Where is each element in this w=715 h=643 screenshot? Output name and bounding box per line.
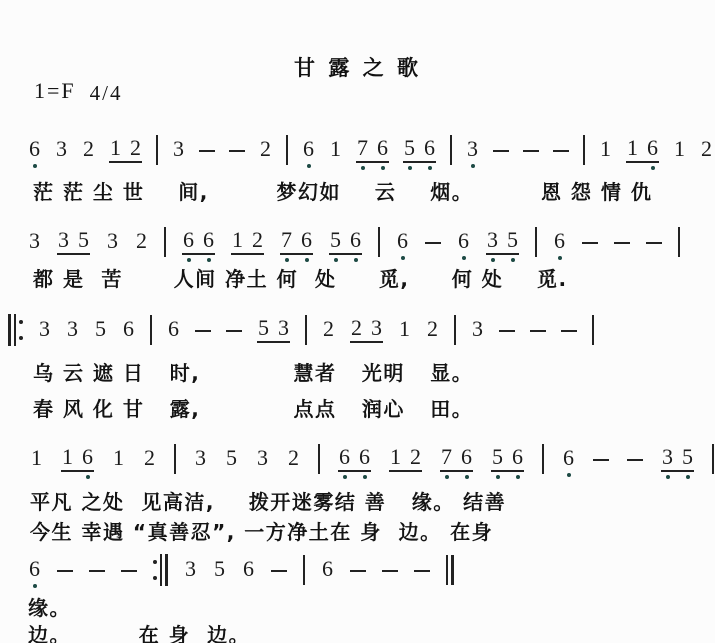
note-digit: 5: [404, 137, 415, 159]
note-digit: 7: [281, 229, 292, 251]
notes-row-2: 335326612765666356: [28, 227, 680, 257]
note-digit: 2: [136, 230, 147, 252]
note-digit: 6: [29, 138, 40, 160]
barline: [678, 227, 680, 257]
note-digit: 1: [31, 447, 42, 469]
note: 6: [122, 318, 135, 342]
note-digit: 5: [226, 447, 237, 469]
note-digit: 5: [95, 318, 106, 340]
duration-dash: [121, 570, 137, 572]
note-digit: 2: [410, 446, 421, 468]
lyric-row-verse1: 缘。: [28, 592, 71, 621]
note: 66: [182, 229, 215, 255]
note-digit: 3: [257, 447, 268, 469]
note: 2: [135, 230, 148, 254]
note: 6: [242, 558, 255, 582]
octave-dot: [511, 258, 515, 262]
barline: [583, 135, 585, 165]
note-digit: 3: [173, 138, 184, 160]
octave-dot: [381, 166, 385, 170]
note-digit: 5: [330, 229, 341, 251]
barline: [156, 135, 158, 165]
note-digit: 5: [258, 317, 269, 339]
note: 56: [403, 137, 436, 163]
note-digit: 1: [390, 446, 401, 468]
notes-row-3: 3356653223123: [8, 314, 594, 346]
note-digit: 2: [260, 138, 271, 160]
octave-dot: [343, 475, 347, 479]
duration-dash: [57, 570, 73, 572]
note-digit: 3: [195, 447, 206, 469]
note-digit: 2: [83, 138, 94, 160]
final-barline: [446, 555, 454, 585]
note: 6: [457, 230, 470, 254]
note-digit: 3: [662, 446, 673, 468]
octave-dot: [471, 164, 475, 168]
octave-dot: [666, 475, 670, 479]
note: 35: [486, 229, 519, 255]
note: 6: [302, 138, 315, 162]
barline: [164, 227, 166, 257]
final-bar-thin: [446, 555, 448, 585]
note: 1: [398, 318, 411, 342]
note-digit: 6: [82, 446, 93, 468]
note: 1: [599, 138, 612, 162]
octave-dot: [408, 166, 412, 170]
note: 2: [700, 138, 713, 162]
repeat-start-sign: [8, 314, 23, 346]
note: 5: [213, 558, 226, 582]
barline: [712, 444, 714, 474]
repeat-barline: [8, 314, 11, 346]
note: 76: [440, 446, 473, 472]
note: 3: [194, 447, 207, 471]
note: 3: [172, 138, 185, 162]
octave-dot: [496, 475, 500, 479]
final-bar-thick: [451, 555, 454, 585]
duration-dash: [229, 150, 245, 152]
note-digit: 3: [39, 318, 50, 340]
note: 35: [57, 229, 90, 255]
note: 6: [28, 558, 41, 582]
duration-dash: [593, 459, 609, 461]
note-digit: 2: [130, 137, 141, 159]
note-digit: 1: [627, 137, 638, 159]
note: 76: [280, 229, 313, 255]
note: 3: [28, 230, 41, 254]
note-digit: 2: [323, 318, 334, 340]
note-digit: 2: [144, 447, 155, 469]
note: 3: [55, 138, 68, 162]
note-digit: 6: [243, 558, 254, 580]
note: 76: [356, 137, 389, 163]
note-digit: 1: [110, 137, 121, 159]
note-digit: 1: [399, 318, 410, 340]
note-digit: 6: [29, 558, 40, 580]
note: 2: [143, 447, 156, 471]
note-digit: 6: [322, 558, 333, 580]
barline: [318, 444, 320, 474]
repeat-dot: [19, 320, 23, 324]
note-digit: 6: [203, 229, 214, 251]
barline: [542, 444, 544, 474]
note-digit: 6: [563, 447, 574, 469]
note: 1: [30, 447, 43, 471]
notes-row-1: 6321232617656311612: [28, 135, 715, 165]
repeat-end-sign: [153, 554, 168, 586]
note: 1: [112, 447, 125, 471]
octave-dot: [33, 584, 37, 588]
repeat-barline: [14, 314, 16, 346]
octave-dot: [428, 166, 432, 170]
note-digit: 2: [427, 318, 438, 340]
note: 12: [389, 446, 422, 472]
duration-dash: [89, 570, 105, 572]
octave-dot: [207, 258, 211, 262]
note-digit: 2: [701, 138, 712, 160]
duration-dash: [553, 150, 569, 152]
barline: [454, 315, 456, 345]
note: 3: [38, 318, 51, 342]
note-digit: 5: [214, 558, 225, 580]
note-digit: 3: [278, 317, 289, 339]
note: 5: [94, 318, 107, 342]
lyric-row: 茫 茫 尘 世 间, 梦幻如 云 烟。 恩 怨 情 仇: [33, 176, 652, 205]
note: 23: [350, 317, 383, 343]
note-digit: 6: [461, 446, 472, 468]
barline: [450, 135, 452, 165]
note: 16: [61, 446, 94, 472]
note-digit: 2: [288, 447, 299, 469]
note-digit: 6: [359, 446, 370, 468]
octave-dot: [363, 475, 367, 479]
lyric-row-verse2: 春 风 化 甘 露, 点点 润心 田。: [33, 393, 473, 422]
note-digit: 6: [647, 137, 658, 159]
duration-dash: [627, 459, 643, 461]
note: 1: [329, 138, 342, 162]
note: 12: [231, 229, 264, 255]
note-digit: 6: [424, 137, 435, 159]
octave-dot: [33, 164, 37, 168]
barline: [286, 135, 288, 165]
note-digit: 6: [554, 230, 565, 252]
note-digit: 3: [371, 317, 382, 339]
duration-dash: [414, 570, 430, 572]
lyric-row-verse2: 边。 在 身 边。: [28, 619, 250, 643]
octave-dot: [651, 166, 655, 170]
note-digit: 6: [350, 229, 361, 251]
octave-dot: [187, 258, 191, 262]
repeat-barline: [160, 554, 162, 586]
note-digit: 3: [467, 138, 478, 160]
note-digit: 7: [441, 446, 452, 468]
note-digit: 5: [492, 446, 503, 468]
note-digit: 2: [252, 229, 263, 251]
time-signature: 4/4: [90, 81, 123, 106]
duration-dash: [499, 330, 515, 332]
key-signature: 1=F: [34, 78, 76, 103]
note: 6: [321, 558, 334, 582]
octave-dot: [334, 258, 338, 262]
repeat-dot: [153, 560, 157, 564]
repeat-dots: [153, 560, 157, 580]
note-digit: 6: [183, 229, 194, 251]
duration-dash: [582, 242, 598, 244]
lyric-row-verse1: 乌 云 遮 日 时, 慧者 光明 显。: [33, 357, 473, 386]
barline: [535, 227, 537, 257]
duration-dash: [350, 570, 366, 572]
duration-dash: [425, 242, 441, 244]
note: 3: [66, 318, 79, 342]
repeat-dot: [19, 336, 23, 340]
note: 5: [225, 447, 238, 471]
duration-dash: [382, 570, 398, 572]
duration-dash: [646, 242, 662, 244]
note: 2: [82, 138, 95, 162]
note: 56: [491, 446, 524, 472]
note-digit: 6: [377, 137, 388, 159]
duration-dash: [195, 330, 211, 332]
note-digit: 5: [507, 229, 518, 251]
note: 3: [256, 447, 269, 471]
note: 2: [287, 447, 300, 471]
note: 2: [259, 138, 272, 162]
key-signature-row: 1=F4/4: [34, 78, 123, 104]
note: 16: [626, 137, 659, 163]
note-digit: 3: [67, 318, 78, 340]
note-digit: 5: [682, 446, 693, 468]
note: 2: [426, 318, 439, 342]
note-digit: 1: [600, 138, 611, 160]
note-digit: 6: [458, 230, 469, 252]
duration-dash: [530, 330, 546, 332]
note-digit: 6: [339, 446, 350, 468]
note-digit: 6: [123, 318, 134, 340]
octave-dot: [285, 258, 289, 262]
note-digit: 6: [397, 230, 408, 252]
note: 35: [661, 446, 694, 472]
octave-dot: [686, 475, 690, 479]
duration-dash: [199, 150, 215, 152]
note-digit: 7: [357, 137, 368, 159]
duration-dash: [614, 242, 630, 244]
note-digit: 3: [107, 230, 118, 252]
note: 1: [673, 138, 686, 162]
note: 3: [466, 138, 479, 162]
repeat-barline: [165, 554, 168, 586]
octave-dot: [86, 475, 90, 479]
notes-row-5: 63566: [28, 554, 454, 586]
note: 66: [338, 446, 371, 472]
note: 6: [167, 318, 180, 342]
lyric-row-verse2: 今生 幸遇 “真善忍”, 一方净土在 身 边。 在身: [30, 516, 493, 545]
notes-row-4: 11612353266127656635: [30, 444, 714, 474]
duration-dash: [561, 330, 577, 332]
lyric-row-verse1: 平凡 之处 见高洁, 拨开迷雾结 善 缘。 结善: [30, 486, 506, 515]
note-digit: 1: [113, 447, 124, 469]
note-digit: 1: [674, 138, 685, 160]
octave-dot: [462, 256, 466, 260]
note-digit: 2: [351, 317, 362, 339]
note-digit: 6: [303, 138, 314, 160]
note-digit: 6: [512, 446, 523, 468]
note: 6: [28, 138, 41, 162]
note-digit: 1: [330, 138, 341, 160]
note-digit: 3: [472, 318, 483, 340]
note: 53: [257, 317, 290, 343]
sheet-music-page: 甘 露 之 歌 1=F4/4 6321232617656311612 茫 茫 尘…: [0, 0, 715, 643]
octave-dot: [401, 256, 405, 260]
octave-dot: [445, 475, 449, 479]
note-digit: 3: [58, 229, 69, 251]
lyric-row: 都 是 苦 人间 净土 何 处 觅, 何 处 觅.: [33, 263, 568, 292]
note: 6: [553, 230, 566, 254]
note-digit: 3: [29, 230, 40, 252]
note: 3: [471, 318, 484, 342]
duration-dash: [271, 570, 287, 572]
barline: [378, 227, 380, 257]
octave-dot: [361, 166, 365, 170]
note: 12: [109, 137, 142, 163]
note-digit: 6: [168, 318, 179, 340]
barline: [303, 555, 305, 585]
note-digit: 1: [232, 229, 243, 251]
duration-dash: [226, 330, 242, 332]
note: 56: [329, 229, 362, 255]
note-digit: 3: [56, 138, 67, 160]
duration-dash: [523, 150, 539, 152]
note-digit: 5: [78, 229, 89, 251]
note: 3: [184, 558, 197, 582]
barline: [305, 315, 307, 345]
octave-dot: [491, 258, 495, 262]
note: 3: [106, 230, 119, 254]
barline: [174, 444, 176, 474]
note-digit: 3: [185, 558, 196, 580]
octave-dot: [516, 475, 520, 479]
octave-dot: [567, 473, 571, 477]
note-digit: 6: [301, 229, 312, 251]
octave-dot: [305, 258, 309, 262]
repeat-dot: [153, 576, 157, 580]
octave-dot: [558, 256, 562, 260]
note: 2: [322, 318, 335, 342]
note-digit: 1: [62, 446, 73, 468]
barline: [150, 315, 152, 345]
barline: [592, 315, 594, 345]
octave-dot: [354, 258, 358, 262]
repeat-dots: [19, 320, 23, 340]
note-digit: 3: [487, 229, 498, 251]
duration-dash: [493, 150, 509, 152]
note: 6: [562, 447, 575, 471]
octave-dot: [465, 475, 469, 479]
octave-dot: [307, 164, 311, 168]
note: 6: [396, 230, 409, 254]
